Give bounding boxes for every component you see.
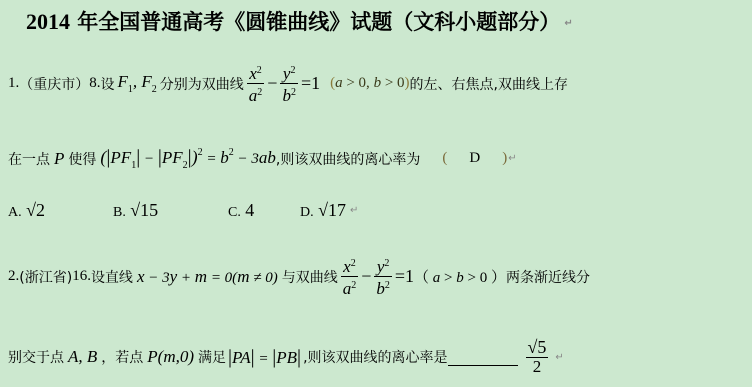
q1-middle: 分别为双曲线 xyxy=(160,74,244,94)
document-title: 2014 年全国普通高考《圆锥曲线》试题（文科小题部分）↵ xyxy=(26,6,573,36)
title-text: 年全国普通高考《圆锥曲线》试题（文科小题部分） xyxy=(70,9,560,34)
q1-line2-middle: 使得 xyxy=(68,149,96,169)
q2-number: 2. xyxy=(8,268,19,285)
q2-original-number: 16. xyxy=(72,268,91,285)
paragraph-mark-icon: ↵ xyxy=(564,18,572,29)
q2-line2-middle2: 满足 xyxy=(198,347,226,367)
q2-line1: 2. (浙江省) 16. 设直线 x − 3y + m = 0(m ≠ 0) 与… xyxy=(8,255,590,298)
q2-point-p: P(m,0) xyxy=(147,347,194,367)
paragraph-mark-icon: ↵ xyxy=(350,205,358,216)
paragraph-mark-icon: ↵ xyxy=(508,153,516,164)
q2-condition: （ a > b > 0 ） xyxy=(414,266,506,287)
q1-line2-suffix: ,则该双曲线的离心率为 xyxy=(276,149,420,169)
q2-line2-prefix: 别交于点 xyxy=(8,347,64,367)
q1-foci: F1, F2 xyxy=(118,72,157,95)
q1-answer-open: ( xyxy=(442,150,447,167)
q2-line2-middle1: ，若点 xyxy=(101,347,143,367)
q2-answer-fraction: √5 2 xyxy=(526,338,549,376)
q1-source: （重庆市） xyxy=(19,74,89,94)
q2-middle: 与双曲线 xyxy=(282,267,338,287)
choice-d: D. √17 xyxy=(300,200,346,221)
q1-answer: D xyxy=(469,150,480,167)
q1-original-number: 8. xyxy=(89,75,100,92)
q2-points: A, B xyxy=(68,347,97,367)
choice-a: A. √2 xyxy=(8,200,113,221)
paragraph-mark-icon: ↵ xyxy=(555,352,563,363)
fraction-y2-b2: y2 b2 xyxy=(374,255,392,298)
q2-source: (浙江省) xyxy=(19,267,72,287)
q2-line2-suffix: ,则该双曲线的离心率是 xyxy=(303,347,447,367)
q1-prefix: 设 xyxy=(101,74,115,94)
q2-prefix: 设直线 xyxy=(91,267,133,287)
q1-suffix: 的左、右焦点,双曲线上存 xyxy=(410,74,568,94)
q2-suffix: 两条渐近线分 xyxy=(506,267,590,287)
q2-line2: 别交于点 A, B ，若点 P(m,0) 满足 |PA| = |PB| ,则该双… xyxy=(8,338,564,376)
fraction-x2-a2: x2 a2 xyxy=(341,255,359,298)
q1-answer-close: ) xyxy=(502,150,507,167)
fraction-y2-b2: y2 b2 xyxy=(280,62,298,105)
q1-line1: 1. （重庆市） 8. 设 F1, F2 分别为双曲线 x2 a2 − y2 b… xyxy=(8,62,568,105)
title-year: 2014 xyxy=(26,9,70,34)
choice-c: C. 4 xyxy=(228,200,300,221)
fraction-x2-a2: x2 a2 xyxy=(247,62,265,105)
q2-line-equation: x − 3y + m = 0(m ≠ 0) xyxy=(137,267,278,287)
q2-condition-pa-pb: |PA| = |PB| xyxy=(228,346,301,369)
choice-b: B. √15 xyxy=(113,200,228,221)
q1-line2-equation: (|PF1| − |PF2|)2 = b2 − 3ab xyxy=(100,146,276,171)
q1-line2-prefix: 在一点 xyxy=(8,149,50,169)
answer-blank xyxy=(448,349,518,366)
q1-point-p: P xyxy=(54,149,64,169)
q1-rhs: =1 xyxy=(301,73,320,94)
q1-line2: 在一点 P 使得 (|PF1| − |PF2|)2 = b2 − 3ab ,则该… xyxy=(8,146,517,171)
q1-number: 1. xyxy=(8,75,19,92)
q2-rhs: =1 xyxy=(395,266,414,287)
q1-condition: (a > 0, b > 0) xyxy=(330,75,409,92)
q1-choices: A. √2 B. √15 C. 4 D. √17 ↵ xyxy=(8,200,358,221)
